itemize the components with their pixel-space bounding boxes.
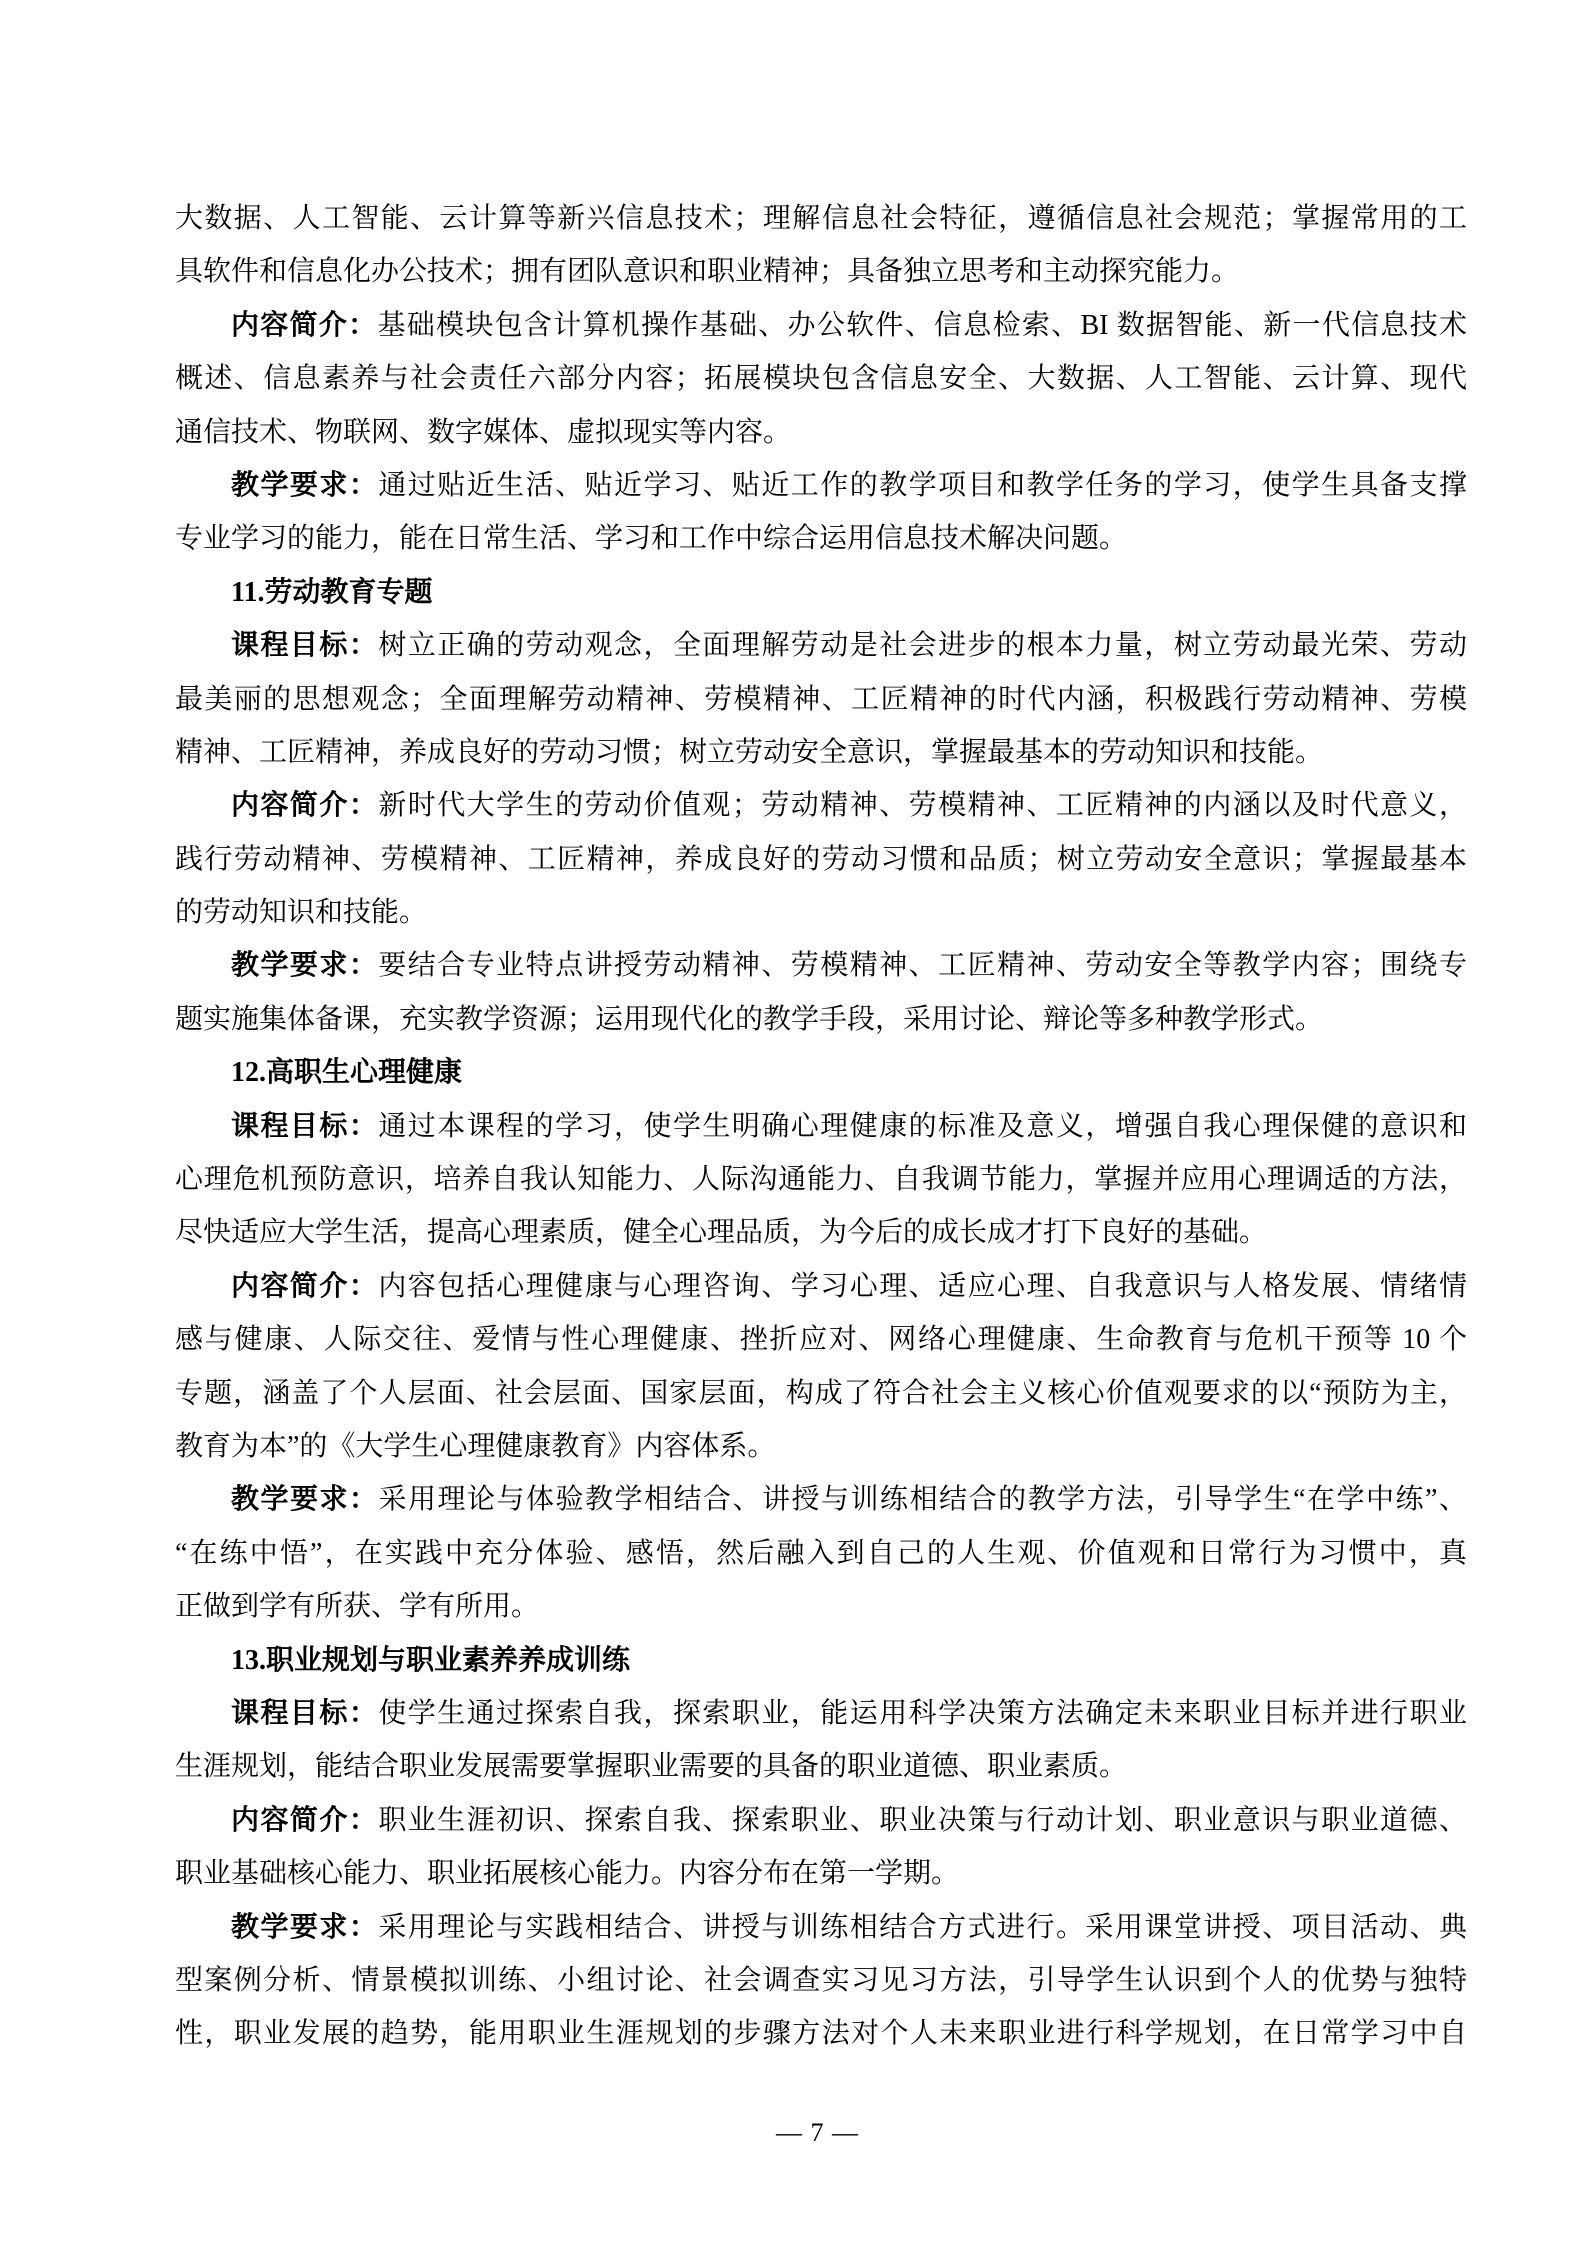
- text-line: 课程目标：通过本课程的学习，使学生明确心理健康的标准及意义，增强自我心理保健的意…: [175, 1100, 1467, 1153]
- text-line: 内容简介：职业生涯初识、探索自我、探索职业、职业决策与行动计划、职业意识与职业道…: [175, 1794, 1467, 1847]
- paragraph-label: 教学要求：: [231, 1484, 379, 1515]
- section-heading: 12.高职生心理健康: [175, 1046, 1467, 1099]
- paragraph-label: 课程目标：: [231, 1698, 378, 1729]
- document-page: 大数据、人工智能、云计算等新兴信息技术；理解信息社会特征，遵循信息社会规范；掌握…: [0, 0, 1587, 2245]
- text-line: 教学要求：采用理论与体验教学相结合、讲授与训练相结合的教学方法，引导学生“在学中…: [175, 1473, 1467, 1526]
- text-line: 精神、工匠精神，养成良好的劳动习惯；树立劳动安全意识，掌握最基本的劳动知识和技能…: [175, 726, 1467, 779]
- text-line: 通信技术、物联网、数字媒体、虚拟现实等内容。: [175, 406, 1467, 459]
- text-line: 课程目标：树立正确的劳动观念，全面理解劳动是社会进步的根本力量，树立劳动最光荣、…: [175, 619, 1467, 672]
- text-line: 专题，涵盖了个人层面、社会层面、国家层面，构成了符合社会主义核心价值观要求的以“…: [175, 1367, 1467, 1420]
- paragraph-label: 内容简介：: [231, 1805, 378, 1836]
- text-line: 内容简介：新时代大学生的劳动价值观；劳动精神、劳模精神、工匠精神的内涵以及时代意…: [175, 779, 1467, 832]
- paragraph-label: 教学要求：: [231, 470, 378, 501]
- text-line: 专业学习的能力，能在日常生活、学习和工作中综合运用信息技术解决问题。: [175, 512, 1467, 565]
- paragraph-label: 教学要求：: [231, 1912, 378, 1943]
- text-line: “在练中悟”，在实践中充分体验、感悟，然后融入到自己的人生观、价值观和日常行为习…: [175, 1527, 1467, 1580]
- text-line: 课程目标：使学生通过探索自我，探索职业，能运用科学决策方法确定未来职业目标并进行…: [175, 1687, 1467, 1740]
- text-line: 心理危机预防意识，培养自我认知能力、人际沟通能力、自我调节能力，掌握并应用心理调…: [175, 1153, 1467, 1206]
- text-line: 最美丽的思想观念；全面理解劳动精神、劳模精神、工匠精神的时代内涵，积极践行劳动精…: [175, 673, 1467, 726]
- text-line: 题实施集体备课，充实教学资源；运用现代化的教学手段，采用讨论、辩论等多种教学形式…: [175, 993, 1467, 1046]
- paragraph-label: 内容简介：: [231, 790, 378, 821]
- text-line: 感与健康、人际交往、爱情与性心理健康、挫折应对、网络心理健康、生命教育与危机干预…: [175, 1313, 1467, 1366]
- paragraph-label: 课程目标：: [231, 630, 378, 661]
- text-line: 具软件和信息化办公技术；拥有团队意识和职业精神；具备独立思考和主动探究能力。: [175, 245, 1467, 298]
- section-heading: 13.职业规划与职业素养养成训练: [175, 1634, 1467, 1687]
- section-heading: 11.劳动教育专题: [175, 566, 1467, 619]
- text-line: 教育为本”的《大学生心理健康教育》内容体系。: [175, 1420, 1467, 1473]
- paragraph-label: 教学要求：: [231, 950, 378, 981]
- text-line: 大数据、人工智能、云计算等新兴信息技术；理解信息社会特征，遵循信息社会规范；掌握…: [175, 192, 1467, 245]
- document-body: 大数据、人工智能、云计算等新兴信息技术；理解信息社会特征，遵循信息社会规范；掌握…: [175, 192, 1467, 2061]
- text-line: 性，职业发展的趋势，能用职业生涯规划的步骤方法对个人未来职业进行科学规划，在日常…: [175, 2007, 1467, 2060]
- text-line: 正做到学有所获、学有所用。: [175, 1580, 1467, 1633]
- text-line: 生涯规划，能结合职业发展需要掌握职业需要的具备的职业道德、职业素质。: [175, 1740, 1467, 1793]
- text-line: 型案例分析、情景模拟训练、小组讨论、社会调查实习见习方法，引导学生认识到个人的优…: [175, 1954, 1467, 2007]
- text-line: 教学要求：要结合专业特点讲授劳动精神、劳模精神、工匠精神、劳动安全等教学内容；围…: [175, 939, 1467, 992]
- text-line: 践行劳动精神、劳模精神、工匠精神，养成良好的劳动习惯和品质；树立劳动安全意识；掌…: [175, 833, 1467, 886]
- text-line: 教学要求：采用理论与实践相结合、讲授与训练相结合方式进行。采用课堂讲授、项目活动…: [175, 1901, 1467, 1954]
- text-line: 内容简介：内容包括心理健康与心理咨询、学习心理、适应心理、自我意识与人格发展、情…: [175, 1260, 1467, 1313]
- page-number: — 7 —: [48, 2116, 1587, 2150]
- text-line: 概述、信息素养与社会责任六部分内容；拓展模块包含信息安全、大数据、人工智能、云计…: [175, 352, 1467, 405]
- text-line: 的劳动知识和技能。: [175, 886, 1467, 939]
- text-line: 职业基础核心能力、职业拓展核心能力。内容分布在第一学期。: [175, 1847, 1467, 1900]
- text-line: 内容简介：基础模块包含计算机操作基础、办公软件、信息检索、BI 数据智能、新一代…: [175, 299, 1467, 352]
- paragraph-label: 课程目标：: [231, 1111, 378, 1142]
- paragraph-label: 内容简介：: [231, 1271, 378, 1302]
- paragraph-label: 内容简介：: [231, 310, 377, 341]
- text-line: 尽快适应大学生活，提高心理素质，健全心理品质，为今后的成长成才打下良好的基础。: [175, 1206, 1467, 1259]
- text-line: 教学要求：通过贴近生活、贴近学习、贴近工作的教学项目和教学任务的学习，使学生具备…: [175, 459, 1467, 512]
